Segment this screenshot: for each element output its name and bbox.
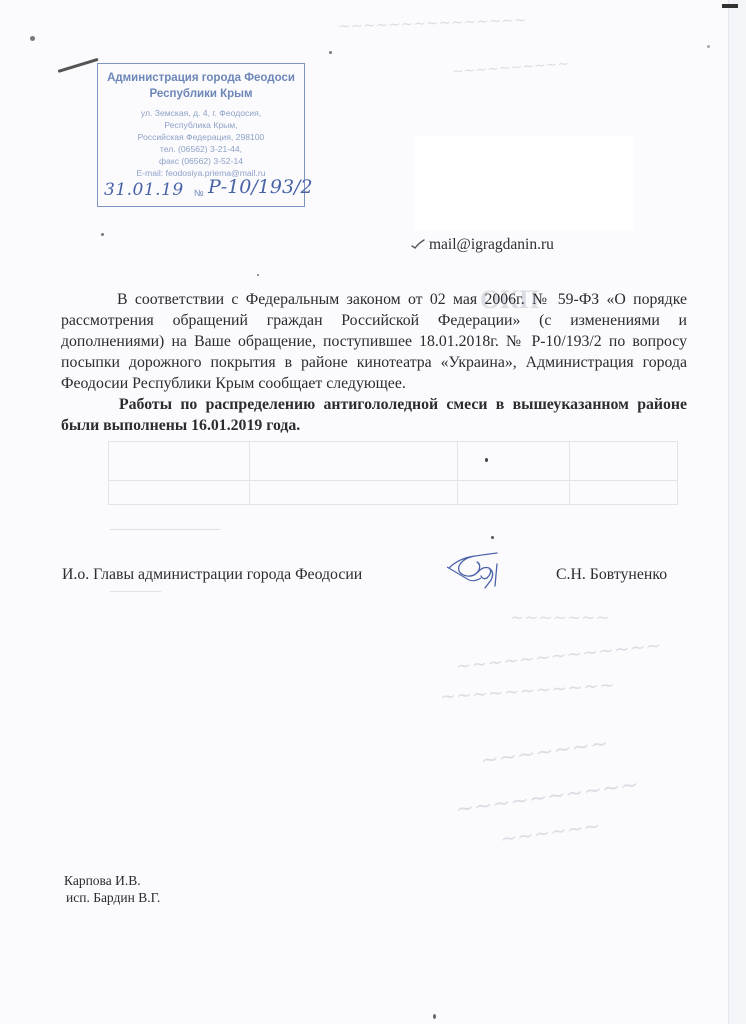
stamp-org-line1: Администрация города Феодоси	[98, 72, 304, 84]
letter-body: В соответствии с Федеральным законом от …	[61, 289, 687, 436]
recipient-email: mail@igragdanin.ru	[429, 236, 554, 253]
executor-block: Карпова И.В. исп. Бардин В.Г.	[64, 872, 160, 906]
scan-speck	[329, 51, 332, 54]
stamp-number-label: №	[194, 188, 204, 198]
scan-speck	[257, 274, 259, 276]
show-through-table	[108, 441, 678, 505]
signatory-title: И.о. Главы администрации города Феодосии	[62, 566, 362, 584]
stamp-address-line3: Российская Федерация, 298100	[98, 132, 304, 142]
body-paragraph-2: Работы по распределению антигололедной с…	[61, 394, 687, 436]
stamp-fax: факс (06562) 3-52-14	[98, 156, 304, 166]
stamp-handwritten-date: 31.01.19	[104, 180, 184, 200]
stamp-handwritten-number: Р-10/193/2	[208, 176, 313, 198]
redacted-recipient-address	[414, 136, 634, 230]
stamp-org-line2: Республики Крым	[98, 88, 304, 100]
body-paragraph-1: В соответствии с Федеральным законом от …	[61, 289, 687, 394]
scan-mark	[722, 4, 738, 8]
executor-line-2: исп. Бардин В.Г.	[64, 889, 160, 906]
scan-speck	[491, 536, 494, 539]
registration-stamp: Администрация города Феодоси Республики …	[97, 63, 305, 207]
scan-speck	[433, 1014, 436, 1019]
scan-edge	[729, 0, 746, 1024]
scan-speck	[101, 233, 104, 236]
recipient-email-line: mail@igragdanin.ru	[411, 236, 554, 254]
scan-speck	[30, 36, 35, 41]
stamp-address-line1: ул. Земская, д. 4, г. Феодосия,	[98, 108, 304, 118]
scan-speck	[707, 45, 710, 48]
stamp-phone: тел. (06562) 3-21-44,	[98, 144, 304, 154]
signatory-name: С.Н. Бовтуненко	[556, 566, 667, 584]
stamp-address-line2: Республика Крым,	[98, 120, 304, 130]
checkmark-icon	[411, 239, 425, 249]
handwritten-signature	[445, 550, 507, 590]
executor-line-1: Карпова И.В.	[64, 872, 160, 889]
